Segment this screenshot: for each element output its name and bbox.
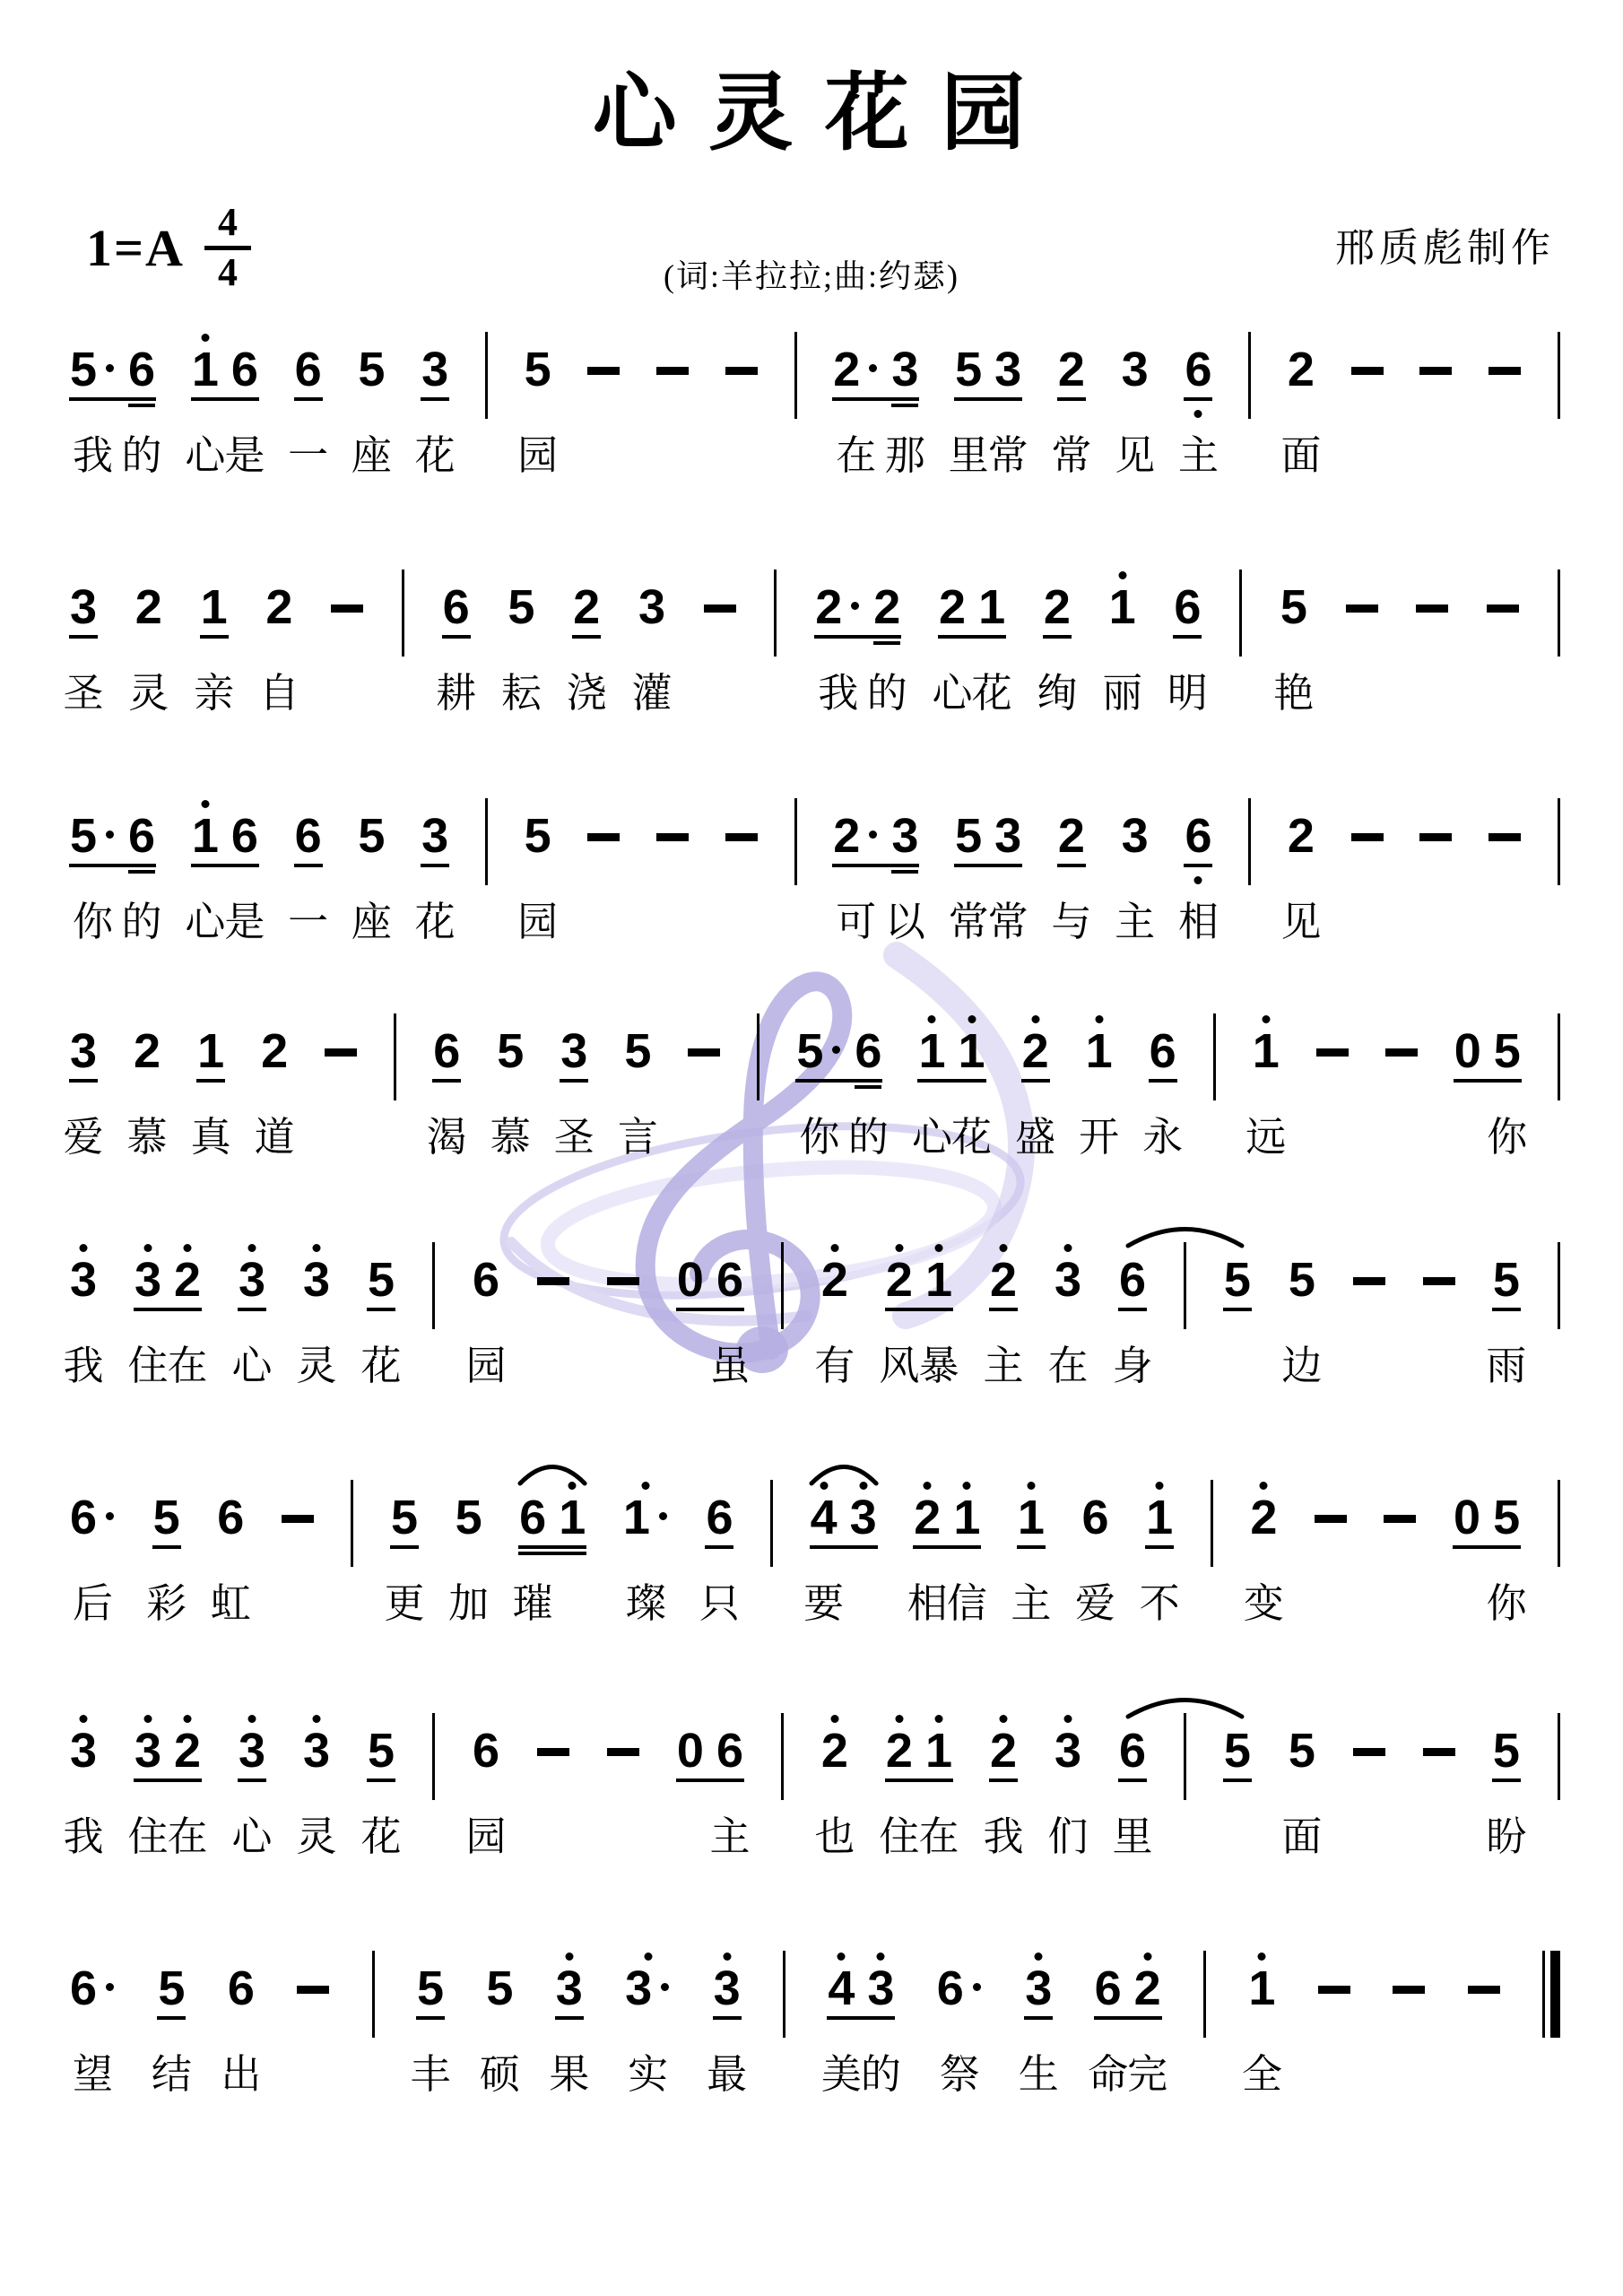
lyric-char: 望 bbox=[73, 2050, 113, 2099]
lyric-char: 园 bbox=[517, 898, 558, 946]
note: 2 bbox=[1058, 812, 1085, 860]
lyrics-row: 我住在心灵花园虽有风暴主在身边雨 bbox=[70, 1342, 1560, 1396]
lyric-char: 出 bbox=[221, 2050, 261, 2099]
beam-underline bbox=[152, 1545, 181, 1549]
note-unit: 62 bbox=[1095, 1964, 1161, 2013]
note: 3 bbox=[867, 1964, 894, 2013]
lyric-char: 面 bbox=[1280, 431, 1321, 480]
note: 6 bbox=[716, 1256, 743, 1304]
beam-underline bbox=[442, 635, 471, 639]
note: 3 bbox=[625, 1964, 671, 2013]
note-unit: 06 bbox=[677, 1256, 743, 1304]
note: 3 bbox=[135, 1726, 161, 1775]
extra-underline bbox=[128, 404, 155, 407]
lyric-char: 心 bbox=[185, 898, 225, 946]
note-unit: 2 bbox=[265, 583, 292, 631]
beam-underline bbox=[989, 1779, 1018, 1782]
lyric-char: 绚 bbox=[1037, 669, 1077, 717]
note-unit: 5 bbox=[1493, 1726, 1520, 1775]
lyric-char: 主 bbox=[1178, 431, 1219, 480]
lyric-char: 明 bbox=[1167, 669, 1208, 717]
sustain-dash bbox=[537, 1748, 569, 1756]
lyric-char: 在 bbox=[168, 1342, 208, 1390]
beam-underline bbox=[1453, 1545, 1521, 1549]
note-unit: 21 bbox=[886, 1256, 952, 1304]
note-unit: 5 bbox=[158, 1964, 185, 2013]
lyric-char: 不 bbox=[1140, 1579, 1180, 1628]
note-unit: 3 bbox=[70, 1726, 97, 1775]
lyric-char: 住 bbox=[879, 1813, 919, 1861]
lyric-char: 主 bbox=[709, 1813, 750, 1861]
high-octave-dot bbox=[895, 1244, 903, 1252]
note: 3 bbox=[239, 1726, 265, 1775]
lyric-char: 那 bbox=[885, 431, 925, 480]
beam-underline bbox=[1057, 397, 1086, 401]
notes-row: 3212652322212165 bbox=[70, 574, 1560, 631]
high-octave-dot bbox=[838, 1952, 846, 1961]
sustain-dash bbox=[656, 833, 689, 841]
high-octave-dot bbox=[248, 1244, 256, 1252]
barline bbox=[485, 332, 488, 419]
lyric-char: 主 bbox=[983, 1342, 1023, 1390]
note: 2 bbox=[135, 583, 162, 631]
beam-underline bbox=[676, 1308, 744, 1311]
note-unit: 6 bbox=[1150, 1027, 1176, 1075]
note: 6 bbox=[1082, 1493, 1109, 1542]
lyric-char: 你 bbox=[799, 1113, 839, 1161]
note-unit: 6 bbox=[1082, 1493, 1109, 1542]
note: 6 bbox=[443, 583, 470, 631]
lyric-char: 的 bbox=[867, 669, 907, 717]
barline bbox=[774, 570, 777, 657]
note-unit: 1 bbox=[1109, 583, 1136, 631]
note-unit: 2 bbox=[821, 1726, 848, 1775]
beam-underline bbox=[238, 1779, 266, 1782]
note: 5 bbox=[796, 1027, 842, 1075]
beam-underline bbox=[938, 635, 1006, 639]
beam-underline bbox=[69, 864, 156, 867]
sheet-music-page: 心 灵 花 园 1=A 4 4 (词:羊拉拉;曲:约瑟) 邢质彪制作 56166… bbox=[0, 0, 1623, 2296]
beam-underline bbox=[1149, 1079, 1177, 1083]
beam-underline bbox=[157, 2016, 186, 2020]
lyric-char: 边 bbox=[1281, 1342, 1322, 1390]
note-unit: 6 bbox=[1174, 583, 1201, 631]
high-octave-dot bbox=[1156, 1482, 1164, 1490]
note: 3 bbox=[70, 1027, 97, 1075]
beam-underline bbox=[294, 397, 323, 401]
note: 3 bbox=[1122, 812, 1149, 860]
sustain-dash bbox=[1353, 1748, 1385, 1756]
lyric-char: 常 bbox=[1051, 431, 1091, 480]
note: 5 bbox=[153, 1493, 180, 1542]
lyric-char: 圣 bbox=[64, 669, 104, 717]
note: 3 bbox=[239, 1256, 265, 1304]
beam-underline bbox=[885, 1779, 953, 1782]
lyric-char: 园 bbox=[466, 1342, 507, 1390]
augmentation-dot bbox=[106, 1983, 114, 1991]
lyric-char: 浇 bbox=[567, 669, 607, 717]
lyric-char: 园 bbox=[517, 431, 558, 480]
music-line-2: 3212652322212165圣灵亲自耕耘浇灌我的心花绚丽明艳 bbox=[70, 574, 1560, 723]
note-unit: 6 bbox=[70, 1493, 116, 1542]
beam-underline bbox=[196, 1079, 225, 1083]
note-unit: 6 bbox=[473, 1256, 499, 1304]
beam-underline bbox=[200, 635, 229, 639]
note: 1 bbox=[1146, 1493, 1173, 1542]
note: 5 bbox=[456, 1493, 482, 1542]
note: 5 bbox=[1493, 1726, 1520, 1775]
extra-underline bbox=[891, 404, 918, 407]
beam-underline bbox=[1492, 1779, 1521, 1782]
sustain-dash bbox=[1423, 1277, 1455, 1285]
barline bbox=[794, 332, 797, 419]
barline bbox=[1203, 1951, 1206, 2038]
note: 6 bbox=[1185, 812, 1211, 860]
note: 3 bbox=[303, 1726, 330, 1775]
lyric-char: 最 bbox=[707, 2050, 747, 2099]
high-octave-dot bbox=[1027, 1482, 1035, 1490]
lyric-char: 完 bbox=[1127, 2050, 1167, 2099]
high-octave-dot bbox=[859, 1482, 867, 1490]
lyric-char: 园 bbox=[466, 1813, 507, 1861]
note-unit: 5 bbox=[486, 1964, 513, 2013]
note: 6 bbox=[231, 812, 258, 860]
sustain-dash bbox=[1385, 1048, 1418, 1057]
note: 2 bbox=[1022, 1027, 1049, 1075]
lyric-char: 座 bbox=[352, 431, 392, 480]
lyric-char: 变 bbox=[1244, 1579, 1284, 1628]
note: 6 bbox=[1150, 1027, 1176, 1075]
note: 5 bbox=[70, 812, 116, 860]
note: 5 bbox=[1289, 1256, 1315, 1304]
high-octave-dot bbox=[924, 1482, 932, 1490]
lyric-char: 的 bbox=[861, 2050, 901, 2099]
lyric-char: 我 bbox=[73, 431, 113, 480]
barline bbox=[1211, 1480, 1213, 1567]
note: 2 bbox=[873, 583, 900, 631]
note: 1 bbox=[623, 1493, 669, 1542]
note-unit: 2 bbox=[1058, 345, 1085, 394]
note-unit: 1 bbox=[201, 583, 228, 631]
sustain-dash bbox=[1316, 1048, 1349, 1057]
beam-underline bbox=[69, 1079, 98, 1083]
note: 1 bbox=[201, 583, 228, 631]
note-unit: 6 bbox=[70, 1964, 116, 2013]
note: 6 bbox=[295, 812, 322, 860]
high-octave-dot bbox=[568, 1482, 577, 1490]
note-unit: 5 bbox=[358, 345, 385, 394]
high-octave-dot bbox=[642, 1482, 650, 1490]
note-unit: 16 bbox=[192, 345, 258, 394]
high-octave-dot bbox=[820, 1482, 828, 1490]
note-unit: 3 bbox=[421, 345, 448, 394]
lyric-char: 是 bbox=[224, 898, 265, 946]
note: 3 bbox=[714, 1964, 741, 2013]
lyric-char: 花 bbox=[951, 1113, 992, 1161]
lyric-char: 座 bbox=[352, 898, 392, 946]
extra-underline bbox=[891, 870, 918, 874]
lyric-char: 只 bbox=[699, 1579, 740, 1628]
lyric-char: 住 bbox=[128, 1342, 169, 1390]
note-unit: 21 bbox=[939, 583, 1005, 631]
note: 6 bbox=[1119, 1726, 1146, 1775]
beam-underline bbox=[390, 1545, 419, 1549]
sustain-dash bbox=[1318, 1986, 1350, 1994]
beam-underline bbox=[1223, 1308, 1252, 1311]
barline bbox=[1558, 1480, 1560, 1567]
lyric-char: 也 bbox=[814, 1813, 855, 1861]
note-unit: 5 bbox=[525, 812, 551, 860]
sustain-dash bbox=[1384, 1515, 1416, 1523]
note: 6 bbox=[519, 1493, 546, 1542]
note: 6 bbox=[70, 1493, 116, 1542]
barline bbox=[783, 1951, 785, 2038]
augmentation-dot bbox=[973, 1983, 981, 1991]
beam-underline bbox=[917, 1079, 985, 1083]
note-unit: 3 bbox=[1025, 1964, 1052, 2013]
note: 2 bbox=[833, 345, 879, 394]
note-unit: 5 bbox=[456, 1493, 482, 1542]
high-octave-dot bbox=[723, 1952, 731, 1961]
augmentation-dot bbox=[106, 364, 114, 372]
beam-underline bbox=[827, 2016, 895, 2020]
lyric-char: 虽 bbox=[709, 1342, 750, 1390]
lyric-char: 暴 bbox=[918, 1342, 959, 1390]
barline bbox=[781, 1713, 784, 1800]
note-unit: 5 bbox=[358, 812, 385, 860]
note: 2 bbox=[134, 1027, 161, 1075]
note-unit: 16 bbox=[192, 812, 258, 860]
note: 5 bbox=[358, 812, 385, 860]
note-unit: 3 bbox=[714, 1964, 741, 2013]
lyric-char: 你 bbox=[73, 898, 113, 946]
lyric-char: 相 bbox=[1178, 898, 1219, 946]
notes-row: 5616653523532362 bbox=[70, 803, 1560, 860]
lyric-char: 耘 bbox=[501, 669, 542, 717]
high-octave-dot bbox=[248, 1715, 256, 1723]
barline bbox=[1558, 1242, 1560, 1329]
music-line-1: 5616653523532362我的心是一座花园在那里常常见主面 bbox=[70, 336, 1560, 485]
note: 2 bbox=[261, 1027, 288, 1075]
note-unit: 3 bbox=[560, 1027, 587, 1075]
note: 1 bbox=[192, 345, 219, 394]
note-unit: 2 bbox=[1288, 812, 1315, 860]
high-octave-dot bbox=[1031, 1015, 1039, 1023]
note: 2 bbox=[1134, 1964, 1161, 2013]
note: 5 bbox=[1280, 583, 1307, 631]
note-unit: 1 bbox=[623, 1493, 669, 1542]
high-octave-dot bbox=[1095, 1015, 1103, 1023]
note: 6 bbox=[128, 345, 155, 394]
barline bbox=[1558, 332, 1560, 419]
notes-row: 321265355611216105 bbox=[70, 1018, 1560, 1075]
barline bbox=[770, 1480, 773, 1567]
barline bbox=[1558, 1713, 1560, 1800]
notes-row: 6565561164321161205 bbox=[70, 1484, 1560, 1542]
note-unit: 6 bbox=[937, 1964, 983, 2013]
beam-underline bbox=[1118, 1308, 1147, 1311]
note: 5 bbox=[508, 583, 534, 631]
lyric-char: 慕 bbox=[490, 1113, 531, 1161]
note-unit: 53 bbox=[955, 812, 1021, 860]
lyric-char: 渴 bbox=[427, 1113, 467, 1161]
barline bbox=[794, 798, 797, 885]
note: 2 bbox=[265, 583, 292, 631]
sustain-dash bbox=[587, 367, 620, 375]
beam-underline bbox=[421, 864, 449, 867]
note: 3 bbox=[303, 1256, 330, 1304]
note-unit: 6 bbox=[1119, 1726, 1146, 1775]
barline bbox=[485, 798, 488, 885]
note-unit: 21 bbox=[886, 1726, 952, 1775]
music-line-4: 321265355611216105爱慕真道渴慕圣言你的心花盛开永远你 bbox=[70, 1018, 1560, 1167]
note: 1 bbox=[918, 1027, 945, 1075]
barline bbox=[1558, 1013, 1560, 1100]
note: 5 bbox=[1493, 1256, 1520, 1304]
note-unit: 2 bbox=[821, 1256, 848, 1304]
lyric-char: 相 bbox=[907, 1579, 948, 1628]
note-unit: 6 bbox=[473, 1726, 499, 1775]
note: 3 bbox=[638, 583, 665, 631]
lyric-char: 耕 bbox=[436, 669, 476, 717]
beam-underline bbox=[134, 1308, 202, 1311]
music-line-7: 332335606221236555我住在心灵花园主也住在我们里面盼 bbox=[70, 1718, 1560, 1866]
high-octave-dot bbox=[999, 1244, 1007, 1252]
notes-row: 656553334363621 bbox=[70, 1955, 1560, 2013]
barline bbox=[432, 1713, 435, 1800]
beam-underline bbox=[1223, 1779, 1252, 1782]
note: 1 bbox=[925, 1726, 952, 1775]
note-unit: 2 bbox=[261, 1027, 288, 1075]
lyric-char: 与 bbox=[1051, 898, 1091, 946]
beam-underline bbox=[1145, 1545, 1174, 1549]
beam-underline bbox=[1118, 1779, 1147, 1782]
beam-underline bbox=[69, 635, 98, 639]
note: 1 bbox=[197, 1027, 224, 1075]
lyric-char: 道 bbox=[255, 1113, 295, 1161]
note: 0 bbox=[1454, 1027, 1481, 1075]
high-octave-dot bbox=[1035, 1952, 1043, 1961]
lyric-char: 住 bbox=[128, 1813, 169, 1861]
note-unit: 6 bbox=[295, 812, 322, 860]
note-unit: 3 bbox=[1055, 1726, 1081, 1775]
sustain-dash bbox=[537, 1277, 569, 1285]
beam-underline bbox=[989, 1308, 1018, 1311]
lyric-char: 常 bbox=[949, 898, 989, 946]
high-octave-dot bbox=[313, 1244, 321, 1252]
note-unit: 5 bbox=[1224, 1726, 1251, 1775]
lyric-char: 盛 bbox=[1015, 1113, 1055, 1161]
note-unit: 1 bbox=[1248, 1964, 1275, 2013]
note: 5 bbox=[417, 1964, 444, 2013]
lyric-char: 一 bbox=[288, 898, 328, 946]
high-octave-dot bbox=[1262, 1015, 1270, 1023]
note: 2 bbox=[1058, 345, 1085, 394]
note: 3 bbox=[1025, 1964, 1052, 2013]
lyric-char: 里 bbox=[1112, 1813, 1152, 1861]
high-octave-dot bbox=[144, 1244, 152, 1252]
lyric-char: 以 bbox=[885, 898, 925, 946]
lyric-char: 你 bbox=[1487, 1579, 1527, 1628]
note: 3 bbox=[1055, 1256, 1081, 1304]
high-octave-dot bbox=[1118, 571, 1126, 579]
lyric-char: 面 bbox=[1281, 1813, 1322, 1861]
note: 5 bbox=[486, 1964, 513, 2013]
beam-underline bbox=[1017, 1545, 1046, 1549]
augmentation-dot bbox=[851, 602, 859, 610]
note-unit: 43 bbox=[811, 1493, 877, 1542]
lyric-char: 在 bbox=[168, 1813, 208, 1861]
sustain-dash bbox=[1419, 833, 1452, 841]
note: 6 bbox=[295, 345, 322, 394]
note: 1 bbox=[192, 812, 219, 860]
lyrics-row: 后彩虹更加璀璨只要相信主爱不变你 bbox=[70, 1579, 1560, 1633]
note: 3 bbox=[70, 1726, 97, 1775]
note-unit: 1 bbox=[1253, 1027, 1280, 1075]
note: 3 bbox=[994, 812, 1021, 860]
note: 6 bbox=[937, 1964, 983, 2013]
note: 5 bbox=[1493, 1493, 1520, 1542]
lyric-char: 后 bbox=[73, 1579, 113, 1628]
high-octave-dot bbox=[830, 1715, 838, 1723]
lyric-char: 见 bbox=[1280, 898, 1321, 946]
high-octave-dot bbox=[830, 1244, 838, 1252]
beam-underline bbox=[676, 1779, 744, 1782]
note: 4 bbox=[811, 1493, 838, 1542]
lyric-char: 我 bbox=[64, 1813, 104, 1861]
note-unit: 2 bbox=[1250, 1493, 1277, 1542]
beam-underline bbox=[572, 635, 601, 639]
augmentation-dot bbox=[869, 831, 877, 839]
lyric-char: 花 bbox=[972, 669, 1012, 717]
beam-underline bbox=[69, 397, 156, 401]
note: 6 bbox=[473, 1726, 499, 1775]
barline bbox=[394, 1013, 396, 1100]
note: 5 bbox=[1494, 1027, 1521, 1075]
note: 2 bbox=[174, 1256, 201, 1304]
note-unit: 23 bbox=[833, 812, 918, 860]
note-unit: 1 bbox=[197, 1027, 224, 1075]
beam-underline bbox=[518, 1552, 586, 1555]
note: 5 bbox=[497, 1027, 524, 1075]
note: 6 bbox=[128, 812, 155, 860]
high-octave-dot bbox=[313, 1715, 321, 1723]
lyrics-row: 爱慕真道渴慕圣言你的心花盛开永远你 bbox=[70, 1113, 1560, 1167]
lyric-char: 彩 bbox=[146, 1579, 187, 1628]
note-unit: 5 bbox=[508, 583, 534, 631]
beam-underline bbox=[814, 635, 901, 639]
note: 1 bbox=[978, 583, 1005, 631]
augmentation-dot bbox=[106, 1512, 114, 1520]
note-unit: 5 bbox=[417, 1964, 444, 2013]
lyric-char: 我 bbox=[983, 1813, 1023, 1861]
lyrics-row: 我的心是一座花园在那里常常见主面 bbox=[70, 431, 1560, 485]
sustain-dash bbox=[325, 1048, 357, 1057]
note: 1 bbox=[953, 1493, 980, 1542]
high-octave-dot bbox=[565, 1952, 573, 1961]
note: 3 bbox=[421, 345, 448, 394]
barline bbox=[1558, 570, 1560, 657]
note-unit: 1 bbox=[1018, 1493, 1045, 1542]
sustain-dash bbox=[1488, 367, 1521, 375]
note-unit: 2 bbox=[135, 583, 162, 631]
note: 3 bbox=[1055, 1726, 1081, 1775]
note-unit: 5 bbox=[368, 1726, 395, 1775]
lyric-char: 的 bbox=[848, 1113, 889, 1161]
notes-row: 5616653523532362 bbox=[70, 336, 1560, 394]
lyric-char: 在 bbox=[1047, 1342, 1088, 1390]
note-unit: 5 bbox=[1224, 1256, 1251, 1304]
